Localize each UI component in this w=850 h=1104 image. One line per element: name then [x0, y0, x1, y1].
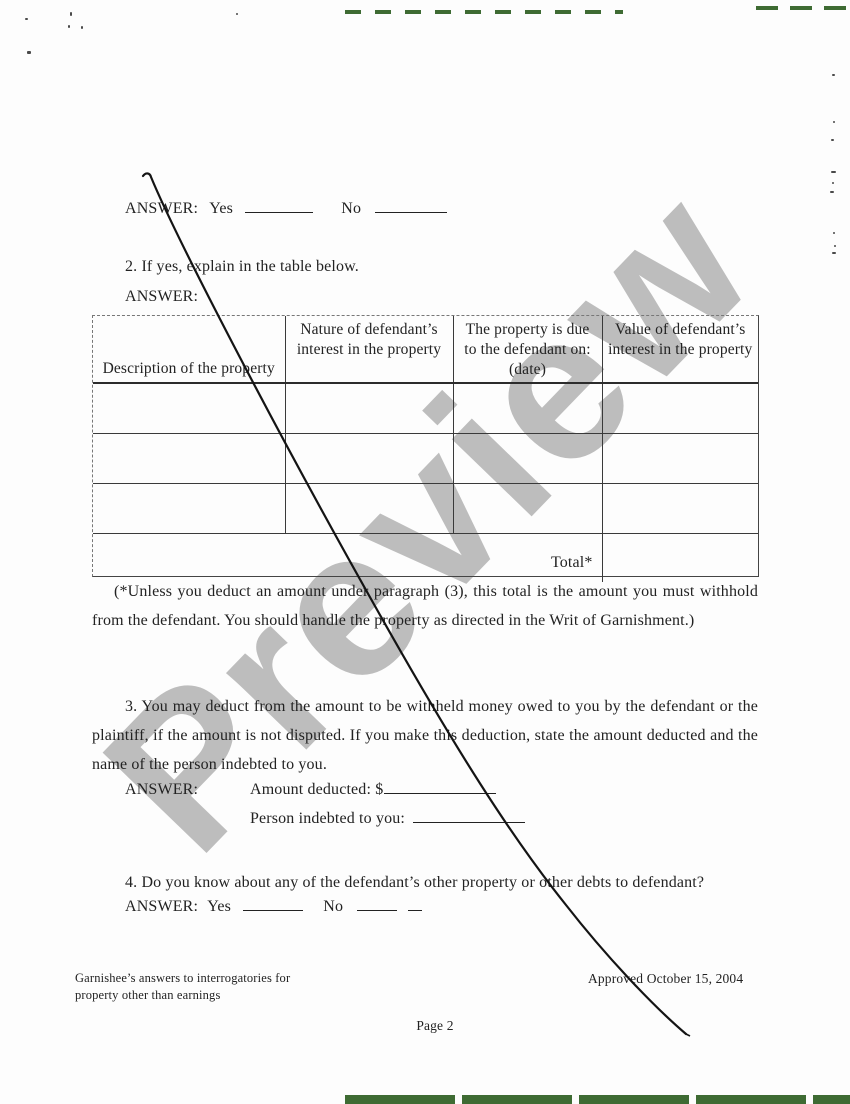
table-cell — [602, 383, 758, 433]
scan-speck — [25, 18, 28, 20]
scan-speck — [833, 232, 835, 234]
answer4-line: ANSWER: Yes No — [125, 898, 422, 916]
person-indebted-line: Person indebted to you: — [250, 810, 525, 828]
scan-speck — [833, 121, 835, 123]
table-cell — [453, 383, 602, 433]
header-value-of-interest: Value of defendant’s interest in the pro… — [602, 316, 758, 383]
scan-speck — [832, 182, 834, 184]
person-indebted-label: Person indebted to you: — [250, 810, 405, 827]
header-nature-of-interest: Nature of defendant’s interest in the pr… — [285, 316, 453, 383]
answer1-no-blank — [375, 200, 447, 213]
scan-speck — [831, 171, 836, 173]
scan-edge-artifact-top-right — [756, 6, 848, 10]
table-row — [93, 483, 758, 533]
table-cell — [93, 483, 285, 533]
header-description-of-property: Description of the property — [93, 316, 285, 383]
table-cell — [602, 433, 758, 483]
amount-deducted-line: Amount deducted: $ — [250, 781, 496, 799]
property-table: Description of the property Nature of de… — [92, 315, 759, 577]
answer3-label: ANSWER: — [125, 781, 198, 799]
total-label: Total* — [93, 533, 602, 582]
scan-speck — [27, 51, 31, 54]
amount-deducted-label: Amount deducted: $ — [250, 781, 383, 798]
table-cell — [453, 483, 602, 533]
scan-edge-artifact-top — [345, 10, 623, 14]
scan-edge-artifact-bottom — [345, 1095, 850, 1104]
question4-paragraph: 4. Do you know about any of the defendan… — [92, 868, 758, 897]
answer4-label: ANSWER: — [125, 898, 198, 915]
footer-left-line2: property other than earnings — [75, 987, 355, 1004]
page-number: Page 2 — [0, 1018, 850, 1034]
table-cell — [285, 383, 453, 433]
scan-speck — [81, 26, 83, 29]
scan-speck — [832, 74, 835, 76]
table-cell — [93, 433, 285, 483]
answer1-line: ANSWER: Yes No — [125, 200, 447, 218]
question3-paragraph: 3. You may deduct from the amount to be … — [92, 692, 758, 779]
table-cell — [602, 483, 758, 533]
total-value-cell — [602, 533, 758, 582]
answer4-yes-blank — [243, 898, 303, 911]
header-property-due-date: The property is due to the defendant on:… — [453, 316, 602, 383]
scan-speck — [68, 25, 70, 28]
table-cell — [453, 433, 602, 483]
scan-speck — [834, 245, 836, 247]
table-header-row: Description of the property Nature of de… — [93, 316, 758, 383]
person-indebted-blank — [413, 810, 525, 823]
amount-deducted-blank — [384, 781, 496, 794]
footer-approved: Approved October 15, 2004 — [588, 970, 758, 987]
table-row — [93, 433, 758, 483]
table-cell — [285, 483, 453, 533]
scanned-form-page: Preview ANSWER: Yes No 2. If yes, explai… — [0, 0, 850, 1104]
answer1-label: ANSWER: — [125, 200, 198, 217]
scan-speck — [830, 191, 834, 193]
scan-speck — [832, 252, 836, 254]
scan-speck — [831, 139, 834, 141]
answer1-no-label: No — [341, 200, 361, 217]
question2-text: 2. If yes, explain in the table below. — [125, 258, 359, 276]
answer2-label: ANSWER: — [125, 288, 198, 306]
table-row — [93, 383, 758, 433]
table-cell — [93, 383, 285, 433]
footer-left: Garnishee’s answers to interrogatories f… — [75, 970, 355, 1004]
scan-speck — [70, 12, 72, 16]
answer1-yes-label: Yes — [209, 200, 233, 217]
table-total-row: Total* — [93, 533, 758, 582]
total-note-paragraph: (*Unless you deduct an amount under para… — [92, 577, 758, 635]
answer4-yes-label: Yes — [207, 898, 231, 915]
footer-left-line1: Garnishee’s answers to interrogatories f… — [75, 970, 355, 987]
answer1-yes-blank — [245, 200, 313, 213]
answer4-no-blank — [357, 898, 397, 911]
table-cell — [285, 433, 453, 483]
answer4-no-blank-fragment — [408, 898, 422, 911]
scan-speck — [236, 13, 238, 15]
answer4-no-label: No — [323, 898, 343, 915]
